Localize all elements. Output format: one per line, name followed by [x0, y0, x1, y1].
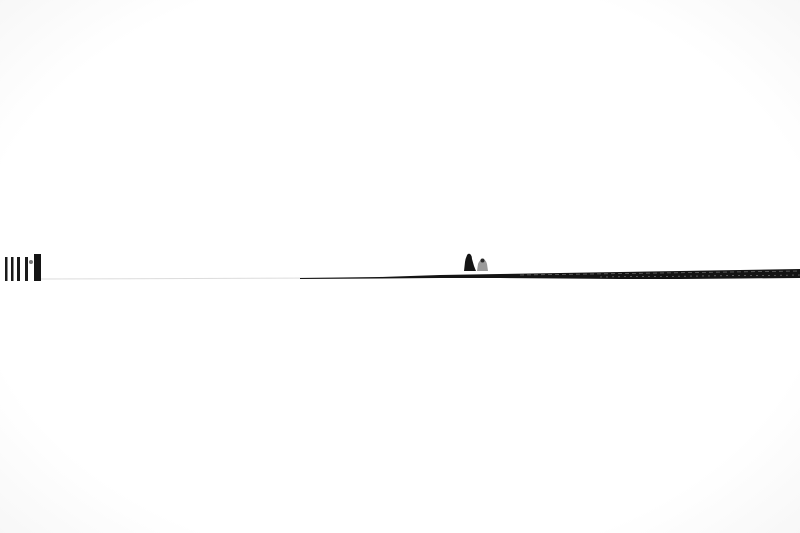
faint-horizon-line — [40, 278, 330, 279]
seated-figures — [464, 254, 488, 271]
horizon-strip — [300, 269, 800, 279]
photo-scene: Minimalist high-key black and white phot… — [0, 0, 800, 533]
photo-canvas — [0, 0, 800, 533]
wooden-posts — [5, 254, 41, 281]
